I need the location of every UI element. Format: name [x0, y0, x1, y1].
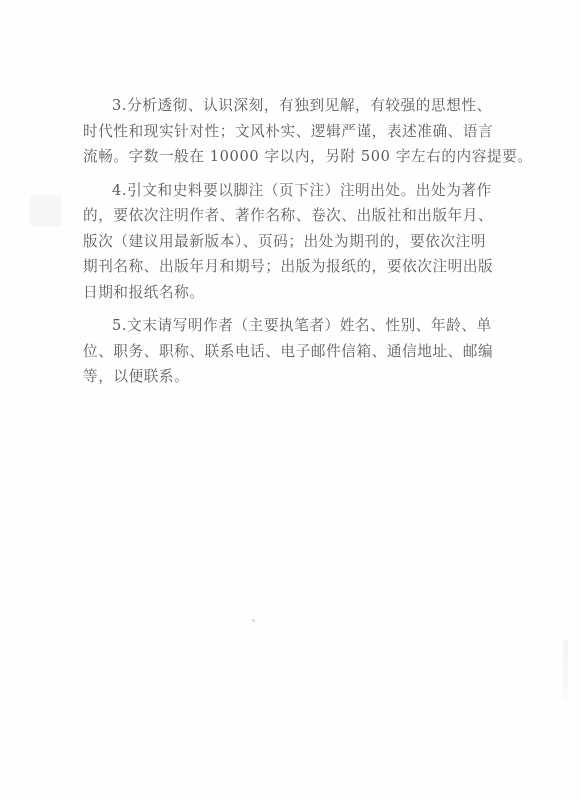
- paragraph-line: 5.文末请写明作者（主要执笔者）姓名、性别、年龄、单: [83, 313, 498, 339]
- scan-dot: [252, 619, 255, 622]
- paragraph-line: 版次（建议用最新版本）、页码；出处为期刊的，要依次注明: [83, 229, 498, 255]
- paragraph-line: 的，要依次注明作者、著作名称、卷次、出版社和出版年月、: [83, 203, 498, 229]
- paragraph-line: 时代性和现实针对性；文风朴实、逻辑严谨，表述准确、语言: [83, 119, 498, 145]
- document-page: 3.分析透彻、认识深刻，有独到见解，有较强的思想性、 时代性和现实针对性；文风朴…: [0, 0, 581, 800]
- paragraph-line: 期刊名称、出版年月和期号；出版为报纸的，要依次注明出版: [83, 254, 498, 280]
- paragraph-line: 流畅。字数一般在 10000 字以内，另附 500 字左右的内容提要。: [83, 144, 498, 170]
- paragraph-line: 等，以便联系。: [83, 364, 498, 390]
- scan-edge-mark: [563, 640, 568, 700]
- document-body: 3.分析透彻、认识深刻，有独到见解，有较强的思想性、 时代性和现实针对性；文风朴…: [83, 93, 498, 398]
- paragraph-line: 3.分析透彻、认识深刻，有独到见解，有较强的思想性、: [83, 93, 498, 119]
- paragraph-item-5: 5.文末请写明作者（主要执笔者）姓名、性别、年龄、单 位、职务、职称、联系电话、…: [83, 313, 498, 390]
- paragraph-item-3: 3.分析透彻、认识深刻，有独到见解，有较强的思想性、 时代性和现实针对性；文风朴…: [83, 93, 498, 170]
- paragraph-line: 日期和报纸名称。: [83, 280, 498, 306]
- paragraph-item-4: 4.引文和史料要以脚注（页下注）注明出处。出处为著作 的，要依次注明作者、著作名…: [83, 178, 498, 306]
- paragraph-line: 4.引文和史料要以脚注（页下注）注明出处。出处为著作: [83, 178, 498, 204]
- scan-smudge: [30, 195, 62, 227]
- paragraph-line: 位、职务、职称、联系电话、电子邮件信箱、通信地址、邮编: [83, 339, 498, 365]
